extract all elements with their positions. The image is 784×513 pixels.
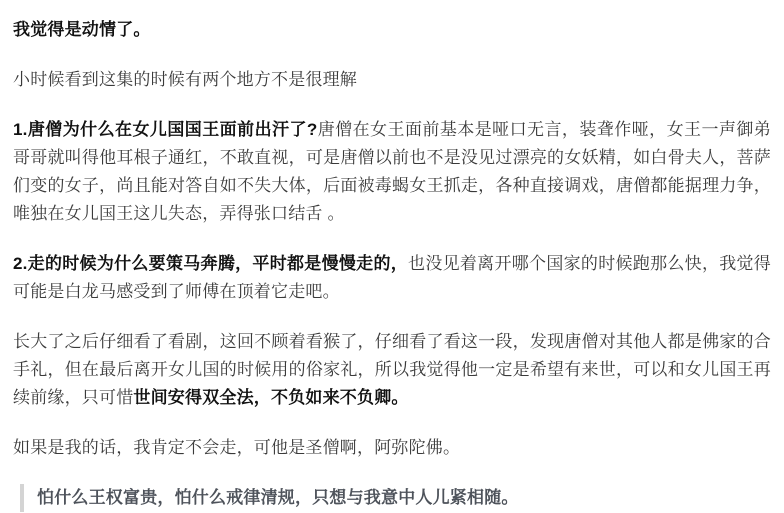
post-page: 我觉得是动情了。小时候看到这集的时候有两个地方不是很理解1.唐僧为什么在女儿国国… xyxy=(0,0,784,513)
quote-block: 怕什么王权富贵，怕什么戒律清规，只想与我意中人儿紧相随。 xyxy=(20,484,771,512)
bold-text-run-0-0: 我觉得是动情了。 xyxy=(13,20,151,39)
article-body: 我觉得是动情了。小时候看到这集的时候有两个地方不是很理解1.唐僧为什么在女儿国国… xyxy=(0,0,784,512)
text-run-5-0: 如果是我的话，我肯定不会走，可他是圣僧啊，阿弥陀佛。 xyxy=(13,438,460,457)
paragraph-1: 小时候看到这集的时候有两个地方不是很理解 xyxy=(13,66,771,94)
bold-text-run-6-0: 怕什么王权富贵，怕什么戒律清规，只想与我意中人儿紧相随。 xyxy=(37,488,519,507)
paragraph-4: 长大了之后仔细看了看剧，这回不顾着看猴了，仔细看了看这一段，发现唐僧对其他人都是… xyxy=(13,328,771,412)
bold-text-run-3-0: 2.走的时候为什么要策马奔腾，平时都是慢慢走的， xyxy=(13,254,408,273)
paragraph-2: 1.唐僧为什么在女儿国国王面前出汗了?唐僧在女王面前基本是哑口无言，装聋作哑，女… xyxy=(13,116,771,228)
bold-text-run-2-0: 1.唐僧为什么在女儿国国王面前出汗了? xyxy=(13,120,317,139)
paragraph-5: 如果是我的话，我肯定不会走，可他是圣僧啊，阿弥陀佛。 xyxy=(13,434,771,462)
post-title: 我觉得是动情了。 xyxy=(13,16,771,44)
bold-text-run-4-1: 世间安得双全法，不负如来不负卿。 xyxy=(133,388,408,407)
text-run-1-0: 小时候看到这集的时候有两个地方不是很理解 xyxy=(13,70,357,89)
paragraph-3: 2.走的时候为什么要策马奔腾，平时都是慢慢走的，也没见着离开哪个国家的时候跑那么… xyxy=(13,250,771,306)
